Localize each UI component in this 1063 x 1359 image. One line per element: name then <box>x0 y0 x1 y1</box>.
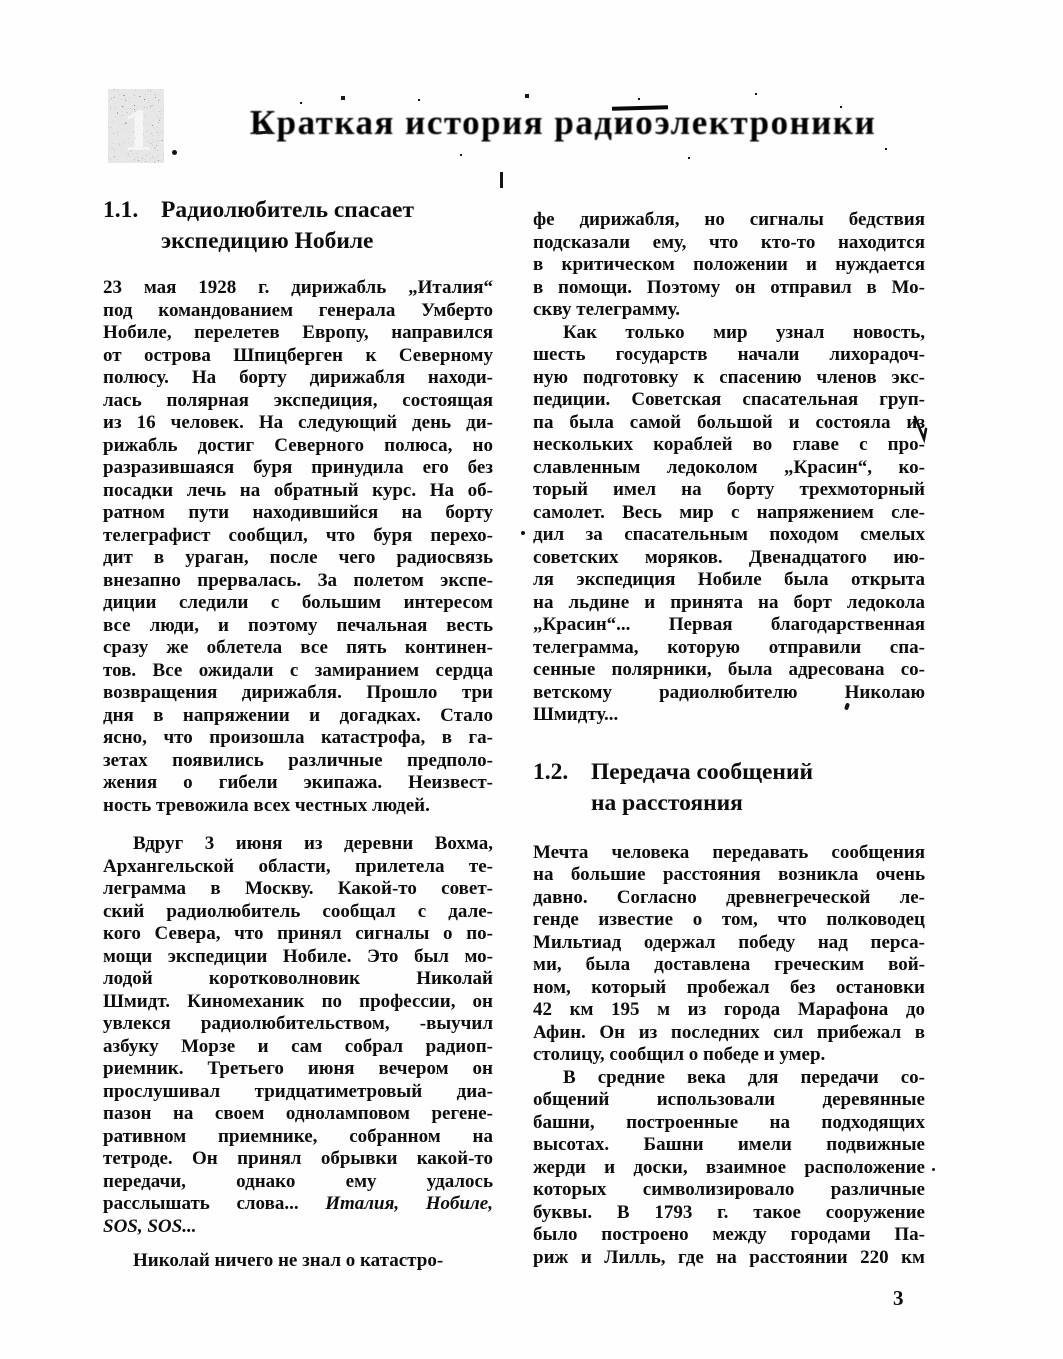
text-line: лодой коротковолновик Николай <box>103 968 493 991</box>
paragraph-right-3: Мечта человека передавать сообщенияна бо… <box>533 842 925 1067</box>
text-line: В средние века для передачи со- <box>533 1067 925 1090</box>
text-line: Шмидт. Киномеханик по профессии, он <box>103 991 493 1014</box>
paragraph-left-1: 23 мая 1928 г. дирижабль „Италия“под ком… <box>103 277 493 817</box>
text-line: генде известие о том, что полководец <box>533 909 925 932</box>
text-line: пазон на своем одноламповом регене- <box>103 1103 493 1126</box>
section-title-line: на расстояния <box>591 790 743 816</box>
scan-artifact <box>500 172 503 188</box>
text-line: возвращения дирижабля. Прошло три <box>103 682 493 705</box>
text-line: жения о гибели экипажа. Неизвест- <box>103 772 493 795</box>
text-line: нескольких кораблей во главе с про- <box>533 434 925 457</box>
text-line: дня в напряжении и догадках. Стало <box>103 705 493 728</box>
text-line: риемник. Третьего июня вечером он <box>103 1058 493 1081</box>
text-line: лась полярная экспедиция, состоящая <box>103 390 493 413</box>
text-line: Архангельской области, прилетела те- <box>103 856 493 879</box>
text-line: диции следили с большим интересом <box>103 592 493 615</box>
text-line: ративном приемнике, собранном на <box>103 1126 493 1149</box>
text-line: ную подготовку к спасению членов экс- <box>533 367 925 390</box>
text-line: 23 мая 1928 г. дирижабль „Италия“ <box>103 277 493 300</box>
text-line: ветскому радиолюбителю Николаю <box>533 682 925 705</box>
text-line: „Красин“... Первая благодарственная <box>533 614 925 637</box>
section-number: 1.1. <box>103 195 161 257</box>
text-line: расслышать слова... Италия, Нобиле, <box>103 1193 493 1216</box>
right-column: фе дирижабля, но сигналы бедствияподсказ… <box>533 209 925 1269</box>
text-line: общений использовали деревянные <box>533 1089 925 1112</box>
text-line: передачи, однако ему удалось <box>103 1171 493 1194</box>
text-line: внезапно прервалась. За полетом экспе- <box>103 570 493 593</box>
text-line: прослушивал тридцатиметровый диа- <box>103 1081 493 1104</box>
text-line: все люди, и поэтому печальная весть <box>103 615 493 638</box>
italic-text: SOS, SOS... <box>103 1216 196 1237</box>
scan-artifact <box>300 102 302 104</box>
text-line: буквы. В 1793 г. такое сооружение <box>533 1202 925 1225</box>
section-title-line: экспедицию Нобиле <box>161 228 373 254</box>
text-line: жерди и доски, взаимное расположение <box>533 1157 925 1180</box>
section-heading-1-2: 1.2. Передача сообщений на расстояния <box>533 757 925 819</box>
text-line: сенные полярники, была адресована со- <box>533 659 925 682</box>
text-line: рижабль достиг Северного полюса, но <box>103 435 493 458</box>
paragraph-left-3: Николай ничего не знал о катастро- <box>103 1250 493 1273</box>
text-line: кого Севера, что принял сигналы о по- <box>103 923 493 946</box>
paragraph-right-1: фе дирижабля, но сигналы бедствияподсказ… <box>533 209 925 322</box>
text-line: под командованием генерала Умберто <box>103 300 493 323</box>
text-line: педиции. Советская спасательная груп- <box>533 389 925 412</box>
text-line: славленным ледоколом „Красин“, ко- <box>533 457 925 480</box>
text-line: высотах. Башни имели подвижные <box>533 1134 925 1157</box>
text-line: ясно, что произошла катастрофа, в га- <box>103 727 493 750</box>
text-line: Мечта человека передавать сообщения <box>533 842 925 865</box>
text-line: Вдруг 3 июня из деревни Вохма, <box>103 833 493 856</box>
section-number: 1.2. <box>533 757 591 819</box>
text-line: разразившаяся буря принудила его без <box>103 457 493 480</box>
text-line: Николай ничего не знал о катастро- <box>103 1250 493 1273</box>
text-line: скву телеграмму. <box>533 299 925 322</box>
paragraph-right-4: В средние века для передачи со-общений и… <box>533 1067 925 1270</box>
text-line: столицу, сообщил о победе и умер. <box>533 1044 925 1067</box>
text-line: телеграмма, которую отправили спа- <box>533 637 925 660</box>
text-line: самолет. Весь мир с напряжением сле- <box>533 502 925 525</box>
text-line: азбуку Морзе и сам собрал радиоп- <box>103 1036 493 1059</box>
text-line: риж и Лилль, где на расстоянии 220 км <box>533 1247 925 1270</box>
text-line: тетроде. Он принял обрывки какой-то <box>103 1148 493 1171</box>
chapter-number-box: 1 <box>107 88 165 164</box>
text-line: ном, который пробежал без остановки <box>533 977 925 1000</box>
text-line: ский радиолюбитель сообщал с дале- <box>103 901 493 924</box>
text-line: на льдине и принята на борт ледокола <box>533 592 925 615</box>
text-line: 42 км 195 м из города Марафона до <box>533 999 925 1022</box>
scan-artifact <box>913 415 933 449</box>
text-line: торый имел на борту трехмоторный <box>533 479 925 502</box>
text-line: увлекся радиолюбительством, -выучил <box>103 1013 493 1036</box>
text-line: шесть государств начали лихорадоч- <box>533 344 925 367</box>
paragraph-right-2: Как только мир узнал новость,шесть госуд… <box>533 322 925 727</box>
text-line: леграмма в Москву. Какой-то совет- <box>103 878 493 901</box>
text-line: ратном пути находившийся на борту <box>103 502 493 525</box>
section-title: Радиолюбитель спасает экспедицию Нобиле <box>161 195 414 257</box>
text-line: давно. Согласно древнегреческой ле- <box>533 887 925 910</box>
section-heading-1-1: 1.1. Радиолюбитель спасает экспедицию Но… <box>103 195 493 257</box>
chapter-title: Краткая история радиоэлектроники <box>238 103 888 143</box>
text-line: которых символизировало различные <box>533 1179 925 1202</box>
text-line: из 16 человек. На следующий день ди- <box>103 412 493 435</box>
text-line: подсказали ему, что кто-то находится <box>533 232 925 255</box>
paragraph-left-2: Вдруг 3 июня из деревни Вохма,Архангельс… <box>103 833 493 1238</box>
scan-artifact <box>932 1168 935 1171</box>
italic-text: Италия, Нобиле, <box>299 1193 493 1214</box>
text-line: телеграфист сообщил, что буря перехо- <box>103 525 493 548</box>
text-line: Нобиле, перелетев Европу, направился <box>103 322 493 345</box>
text-line: было построено между городами Па- <box>533 1224 925 1247</box>
section-title: Передача сообщений на расстояния <box>591 757 813 819</box>
text-line: дит в ураган, после чего радиосвязь <box>103 547 493 570</box>
text-line: ля экспедиция Нобиле была открыта <box>533 569 925 592</box>
text-line: ность тревожила всех честных людей. <box>103 795 493 818</box>
text-line: Как только мир узнал новость, <box>533 322 925 345</box>
scan-artifact <box>172 150 177 155</box>
text-line: тов. Все ожидали с замиранием сердца <box>103 660 493 683</box>
text-line: от острова Шпицберген к Северному <box>103 345 493 368</box>
text-line: советских моряков. Двенадцатого ию- <box>533 547 925 570</box>
text-line: полюсу. На борту дирижабля находи- <box>103 367 493 390</box>
scanned-book-page: 1 Краткая история радиоэлектроники 1.1. … <box>0 0 1063 1359</box>
text-line: башни, построенные на подходящих <box>533 1112 925 1135</box>
scan-artifact <box>521 531 525 535</box>
text-line: на большие расстояния возникла очень <box>533 864 925 887</box>
text-line: ми, была доставлена греческим вой- <box>533 954 925 977</box>
page-number: 3 <box>893 1286 904 1311</box>
text-line: Шмидту... <box>533 704 925 727</box>
text-line: мощи экспедиции Нобиле. Это был мо- <box>103 946 493 969</box>
section-title-line: Передача сообщений <box>591 759 813 785</box>
text-line: дил за спасательным походом смелых <box>533 524 925 547</box>
text-line: фе дирижабля, но сигналы бедствия <box>533 209 925 232</box>
text-line: SOS, SOS... <box>103 1216 493 1239</box>
text-line: в помощи. Поэтому он отправил в Мо- <box>533 277 925 300</box>
text-line: посадки лечь на обратный курс. На об- <box>103 480 493 503</box>
text-line: сразу же облетела все пять континен- <box>103 637 493 660</box>
text-line: Мильтиад одержал победу над перса- <box>533 932 925 955</box>
text-line: зетах появились различные предполо- <box>103 750 493 773</box>
text-line: па была самой большой и состояла из <box>533 412 925 435</box>
text-line: в критическом положении и нуждается <box>533 254 925 277</box>
left-column: 1.1. Радиолюбитель спасает экспедицию Но… <box>103 195 493 1273</box>
section-title-line: Радиолюбитель спасает <box>161 197 414 223</box>
text-line: Афин. Он из последних сил прибежал в <box>533 1022 925 1045</box>
